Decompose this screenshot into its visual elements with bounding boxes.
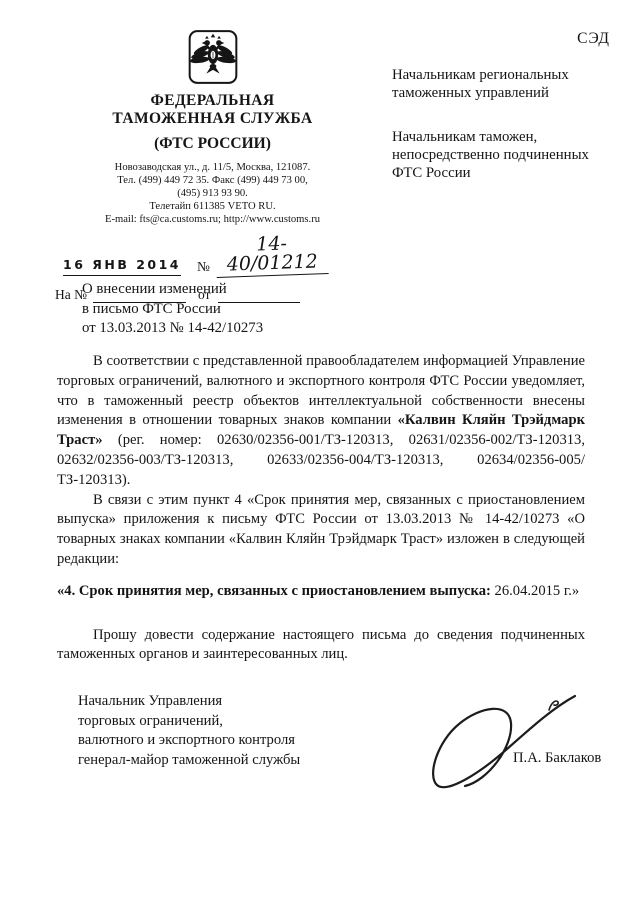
address-line: E-mail: fts@ca.customs.ru; http://www.cu… [55,213,370,226]
address-line: Тел. (499) 449 72 35. Факс (499) 449 73 … [55,174,370,187]
handwritten-signature-icon [425,686,600,798]
addressee-line: таможенных управлений [392,84,630,102]
addressee-block-1: Начальникам региональных таможенных упра… [392,66,630,102]
subject-line: в письмо ФТС России [82,300,263,320]
address-line: (495) 913 93 90. [55,187,370,200]
coat-of-arms-icon [188,29,238,85]
addressee-line: непосредственно подчиненных [392,146,630,164]
signer-position-line: валютного и экспортного контроля [78,731,300,751]
address-line: Новозаводская ул., д. 11/5, Москва, 1210… [55,161,370,174]
date-stamp: 16 ЯНВ 2014 [63,257,181,276]
subject-block: О внесении изменений в письмо ФТС России… [82,280,263,339]
paragraph-3: Прошу довести содержание настоящего пись… [57,626,585,666]
outgoing-number-handwritten: 14-40/01212 [215,233,328,278]
letterhead: ФЕДЕРАЛЬНАЯ ТАМОЖЕННАЯ СЛУЖБА (ФТС РОССИ… [55,29,370,303]
addressee-line: Начальникам таможен, [392,128,630,146]
paragraph-1: В соответствии с представленной правообл… [57,352,585,491]
signer-name: П.А. Баклаков [513,750,601,767]
registration-numbers: (рег. номер: 02630/02356-001/ТЗ-120313, … [57,432,585,488]
sed-routing-label: СЭД [577,30,610,48]
org-name-line1: ФЕДЕРАЛЬНАЯ [55,92,370,110]
addressee-block-2: Начальникам таможен, непосредственно под… [392,128,630,182]
signer-position-line: торговых ограничений, [78,712,300,732]
addressees: Начальникам региональных таможенных упра… [392,66,630,182]
amended-clause-date: 26.04.2015 г.» [491,583,579,599]
number-label: № [197,259,210,276]
org-short-name: (ФТС РОССИИ) [55,135,370,153]
org-name-line2: ТАМОЖЕННАЯ СЛУЖБА [55,110,370,128]
org-address: Новозаводская ул., д. 11/5, Москва, 1210… [55,161,370,226]
paragraph-2: В связи с этим пункт 4 «Срок принятия ме… [57,491,585,570]
reference-row: 16 ЯНВ 2014 № 14-40/01212 [55,235,370,276]
scanned-letter-page: СЭД [0,0,640,905]
signer-position-line: Начальник Управления [78,692,300,712]
amended-clause: «4. Срок принятия мер, связанных с приос… [57,582,585,602]
signer-position-line: генерал-майор таможенной службы [78,751,300,771]
address-line: Телетайп 611385 VETO RU. [55,200,370,213]
amended-clause-title: «4. Срок принятия мер, связанных с приос… [57,583,491,599]
subject-line: О внесении изменений [82,280,263,300]
addressee-line: Начальникам региональных [392,66,630,84]
addressee-line: ФТС России [392,164,630,182]
letter-body: В соответствии с представленной правообл… [57,352,585,665]
subject-line: от 13.03.2013 № 14-42/10273 [82,319,263,339]
signer-position: Начальник Управления торговых ограничени… [78,692,300,770]
